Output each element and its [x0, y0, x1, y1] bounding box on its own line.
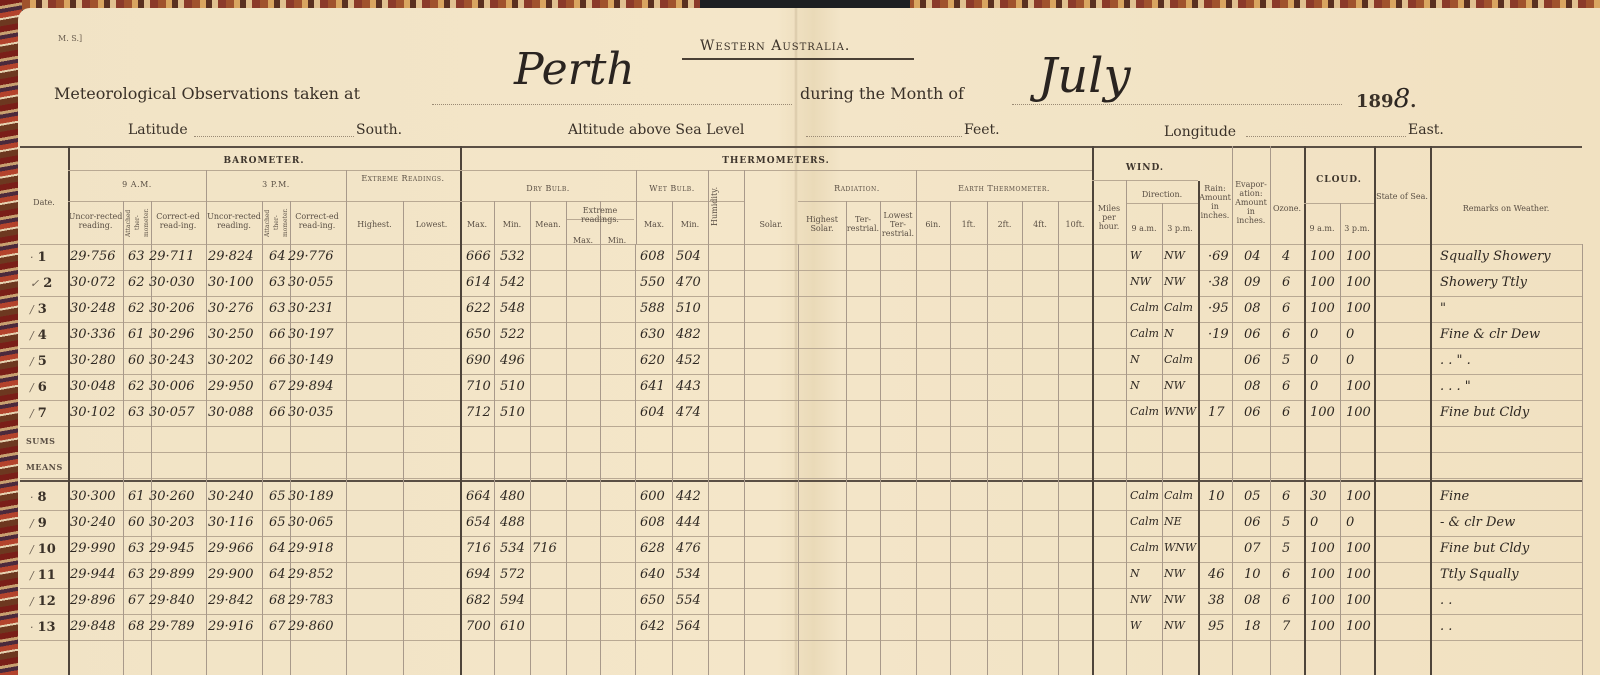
wind-9-cell: N — [1130, 379, 1140, 392]
ozone-cell: 6 — [1282, 379, 1290, 394]
dry-max-cell: 654 — [466, 515, 491, 530]
b3-cor-cell: 30·197 — [288, 327, 334, 342]
evap-cell: 08 — [1244, 379, 1261, 394]
evap-cell: 08 — [1244, 301, 1261, 316]
earth-depth-header: 6in. — [916, 220, 950, 229]
wet-max-cell: 630 — [640, 327, 665, 342]
radiation-header: Radiation. — [798, 184, 916, 193]
wind-3-cell: NW — [1164, 593, 1185, 606]
wind-3pm-header: 3 p.m. — [1162, 224, 1198, 233]
b3-att-cell: 63 — [269, 275, 286, 290]
wind-9-cell: NW — [1130, 593, 1151, 606]
b9-unc-cell: 30·300 — [70, 489, 116, 504]
b3-att-cell: 64 — [269, 541, 286, 556]
wet-max-header: Max. — [636, 220, 672, 229]
b3-unc-cell: 29·916 — [208, 619, 254, 634]
dry-extreme-header: Extreme readings. — [566, 206, 634, 224]
wind-9-cell: Calm — [1130, 327, 1159, 340]
ledger-page: M. S.] Western Australia. Meteorological… — [18, 8, 1600, 675]
wet-min-cell: 510 — [676, 301, 701, 316]
b3-cor-cell: 29·860 — [288, 619, 334, 634]
earth-depth-header: 1ft. — [950, 220, 987, 229]
b9-cor-cell: 30·203 — [149, 515, 195, 530]
dry-min-cell: 572 — [500, 567, 525, 582]
wind-9-cell: W — [1130, 619, 1141, 632]
rain-cell: ·69 — [1208, 249, 1229, 264]
earth-depth-header: 2ft. — [987, 220, 1022, 229]
dry-min-cell: 522 — [500, 327, 525, 342]
b9-cor-cell: 30·206 — [149, 301, 195, 316]
highest-solar-header: Highest Solar. — [798, 215, 846, 233]
b9-att-cell: 62 — [128, 301, 145, 316]
b3-unc-cell: 30·250 — [208, 327, 254, 342]
wet-min-cell: 476 — [676, 541, 701, 556]
sums-label: SUMS — [26, 436, 55, 446]
b9-cor-cell: 29·789 — [149, 619, 195, 634]
wet-min-cell: 470 — [676, 275, 701, 290]
cloud-9-cell: 0 — [1310, 327, 1318, 342]
dry-max-cell: 682 — [466, 593, 491, 608]
wet-max-cell: 608 — [640, 249, 665, 264]
date-cell: /12 — [30, 594, 68, 609]
dry-min-cell: 496 — [500, 353, 525, 368]
lowest-header: Lowest. — [403, 220, 460, 229]
wind-3-cell: NE — [1164, 515, 1182, 528]
b9-att-cell: 63 — [128, 567, 145, 582]
dry-min-cell: 488 — [500, 515, 525, 530]
wind-3-cell: Calm — [1164, 301, 1193, 314]
b3-att-cell: 66 — [269, 327, 286, 342]
terrestrial-header: Ter-restrial. — [846, 215, 880, 233]
date-cell: /4 — [30, 328, 68, 343]
cloud-3-cell: 100 — [1346, 405, 1371, 420]
wind-9-cell: Calm — [1130, 405, 1159, 418]
dry-max-cell: 700 — [466, 619, 491, 634]
rain-header: Rain: Amount in inches. — [1198, 184, 1232, 220]
ozone-cell: 4 — [1282, 249, 1290, 264]
b3-unc-cell: 30·100 — [208, 275, 254, 290]
remark-cell: Showery Ttly — [1440, 275, 1527, 290]
wind-header: WIND. — [1092, 164, 1198, 173]
wind-9am-header: 9 a.m. — [1126, 224, 1162, 233]
evap-cell: 06 — [1244, 353, 1261, 368]
wet-max-cell: 641 — [640, 379, 665, 394]
cloud-9-cell: 100 — [1310, 405, 1335, 420]
remark-cell: Ttly Squally — [1440, 567, 1519, 582]
dry-max-cell: 622 — [466, 301, 491, 316]
cloud-3-cell: 100 — [1346, 619, 1371, 634]
thermometers-header: THERMOMETERS. — [460, 157, 1092, 166]
date-cell: ✓2 — [30, 276, 68, 291]
dry-max-cell: 666 — [466, 249, 491, 264]
b3-unc-cell: 29·966 — [208, 541, 254, 556]
b9-unc-cell: 30·102 — [70, 405, 116, 420]
evap-cell: 05 — [1244, 489, 1261, 504]
remark-cell: " — [1440, 301, 1446, 316]
uncorrected-reading-header: Uncor-rected reading. — [206, 212, 262, 230]
remark-cell: Fine & clr Dew — [1440, 327, 1540, 342]
remark-cell: Fine but Cldy — [1440, 541, 1529, 556]
b9-att-cell: 62 — [128, 379, 145, 394]
dry-min-cell: 548 — [500, 301, 525, 316]
wet-min-cell: 443 — [676, 379, 701, 394]
wind-3-cell: Calm — [1164, 489, 1193, 502]
cloud-3-cell: 100 — [1346, 541, 1371, 556]
highest-header: Highest. — [346, 220, 403, 229]
dry-max-cell: 690 — [466, 353, 491, 368]
ozone-cell: 5 — [1282, 515, 1290, 530]
barometer-3pm-header: 3 P.M. — [206, 180, 346, 189]
remark-cell: Squally Showery — [1440, 249, 1551, 264]
date-cell: /11 — [30, 568, 68, 583]
corrected-reading-header: Correct-ed read-ing. — [290, 212, 344, 230]
b9-unc-cell: 30·048 — [70, 379, 116, 394]
wind-3-cell: NW — [1164, 275, 1185, 288]
cloud-9-cell: 100 — [1310, 301, 1335, 316]
wind-3-cell: NW — [1164, 567, 1185, 580]
evap-cell: 18 — [1244, 619, 1261, 634]
b3-cor-cell: 30·189 — [288, 489, 334, 504]
wind-9-cell: W — [1130, 249, 1141, 262]
barometer-9am-header: 9 A.M. — [68, 180, 206, 189]
wind-3-cell: NW — [1164, 249, 1185, 262]
remark-cell: Fine but Cldy — [1440, 405, 1529, 420]
wind-3-cell: N — [1164, 327, 1174, 340]
b3-cor-cell: 30·055 — [288, 275, 334, 290]
dry-max-cell: 716 — [466, 541, 491, 556]
wind-3-cell: Calm — [1164, 353, 1193, 366]
b9-cor-cell: 30·260 — [149, 489, 195, 504]
wet-min-cell: 554 — [676, 593, 701, 608]
rain-cell: 17 — [1208, 405, 1225, 420]
state-of-sea-header: State of Sea. — [1374, 192, 1430, 201]
cloud-3-cell: 100 — [1346, 249, 1371, 264]
dry-min-cell: 542 — [500, 275, 525, 290]
b3-unc-cell: 30·276 — [208, 301, 254, 316]
date-cell: ·8 — [30, 490, 68, 505]
evap-cell: 08 — [1244, 593, 1261, 608]
wet-min-cell: 482 — [676, 327, 701, 342]
evap-cell: 09 — [1244, 275, 1261, 290]
dry-min-cell: 594 — [500, 593, 525, 608]
evap-cell: 06 — [1244, 515, 1261, 530]
ozone-cell: 6 — [1282, 489, 1290, 504]
date-cell: ·1 — [30, 250, 68, 265]
b3-cor-cell: 29·918 — [288, 541, 334, 556]
b3-unc-cell: 30·202 — [208, 353, 254, 368]
b3-att-cell: 66 — [269, 405, 286, 420]
b9-att-cell: 62 — [128, 275, 145, 290]
b9-att-cell: 68 — [128, 619, 145, 634]
b3-att-cell: 64 — [269, 249, 286, 264]
dry-min-cell: 532 — [500, 249, 525, 264]
wind-3-cell: NW — [1164, 379, 1185, 392]
wet-min-cell: 564 — [676, 619, 701, 634]
cloud-3-cell: 100 — [1346, 567, 1371, 582]
b3-att-cell: 64 — [269, 567, 286, 582]
b9-cor-cell: 30·030 — [149, 275, 195, 290]
remarks-header: Remarks on Weather. — [1430, 204, 1582, 213]
cloud-3-cell: 100 — [1346, 593, 1371, 608]
attached-thermometer-header: Attached ther-mometer. — [124, 205, 150, 241]
ozone-cell: 6 — [1282, 301, 1290, 316]
b3-cor-cell: 30·149 — [288, 353, 334, 368]
cloud-3pm-header: 3 p.m. — [1340, 224, 1374, 233]
b9-cor-cell: 30·243 — [149, 353, 195, 368]
remark-cell: . . " . — [1440, 353, 1471, 368]
ozone-cell: 5 — [1282, 353, 1290, 368]
b9-att-cell: 61 — [128, 489, 145, 504]
ozone-header: Ozone. — [1270, 204, 1304, 213]
cloud-header: CLOUD. — [1304, 176, 1374, 185]
b9-unc-cell: 29·944 — [70, 567, 116, 582]
b9-unc-cell: 29·756 — [70, 249, 116, 264]
earth-thermometer-header: Earth Thermometer. — [916, 184, 1092, 193]
date-cell: /9 — [30, 516, 68, 531]
dry-min-cell: 510 — [500, 379, 525, 394]
rain-cell: 46 — [1208, 567, 1225, 582]
b9-unc-cell: 30·072 — [70, 275, 116, 290]
solar-header: Solar. — [744, 220, 798, 229]
humidity-header: Humidity. — [710, 178, 744, 234]
cloud-9-cell: 0 — [1310, 379, 1318, 394]
ozone-cell: 6 — [1282, 327, 1290, 342]
b3-unc-cell: 29·950 — [208, 379, 254, 394]
dry-max-cell: 712 — [466, 405, 491, 420]
cloud-9-cell: 100 — [1310, 275, 1335, 290]
wind-9-cell: Calm — [1130, 541, 1159, 554]
cloud-9-cell: 100 — [1310, 541, 1335, 556]
b3-unc-cell: 30·240 — [208, 489, 254, 504]
corrected-reading-header: Correct-ed read-ing. — [151, 212, 205, 230]
evap-cell: 04 — [1244, 249, 1261, 264]
observation-table: Date.BAROMETER.9 A.M.3 P.M.Extreme Readi… — [18, 8, 1600, 675]
b9-att-cell: 61 — [128, 327, 145, 342]
date-cell: /10 — [30, 542, 68, 557]
remark-cell: . . — [1440, 593, 1452, 608]
wet-max-cell: 642 — [640, 619, 665, 634]
dry-max-cell: 694 — [466, 567, 491, 582]
wind-3-cell: WNW — [1164, 405, 1196, 418]
b9-unc-cell: 29·896 — [70, 593, 116, 608]
date-cell: ·13 — [30, 620, 68, 635]
b3-unc-cell: 30·088 — [208, 405, 254, 420]
cloud-9-cell: 100 — [1310, 567, 1335, 582]
b9-cor-cell: 29·899 — [149, 567, 195, 582]
wet-bulb-header: Wet Bulb. — [636, 184, 708, 193]
ozone-cell: 6 — [1282, 567, 1290, 582]
rain-cell: 10 — [1208, 489, 1225, 504]
wet-min-cell: 442 — [676, 489, 701, 504]
b3-cor-cell: 30·035 — [288, 405, 334, 420]
evap-cell: 06 — [1244, 327, 1261, 342]
b3-unc-cell: 30·116 — [208, 515, 254, 530]
wet-max-cell: 640 — [640, 567, 665, 582]
wet-max-cell: 620 — [640, 353, 665, 368]
date-header: Date. — [20, 198, 68, 207]
b9-att-cell: 63 — [128, 541, 145, 556]
wind-3-cell: WNW — [1164, 541, 1196, 554]
wind-direction-header: Direction. — [1126, 190, 1198, 199]
wet-min-cell: 504 — [676, 249, 701, 264]
wet-max-cell: 650 — [640, 593, 665, 608]
rain-cell: 95 — [1208, 619, 1225, 634]
evaporation-header: Evapor-ation: Amount in inches. — [1232, 180, 1270, 225]
ozone-cell: 5 — [1282, 541, 1290, 556]
cloud-9am-header: 9 a.m. — [1304, 224, 1340, 233]
b3-cor-cell: 30·231 — [288, 301, 334, 316]
b9-att-cell: 60 — [128, 515, 145, 530]
dry-mean-cell: 716 — [532, 541, 557, 556]
cloud-3-cell: 100 — [1346, 489, 1371, 504]
rain-cell: 38 — [1208, 593, 1225, 608]
wet-max-cell: 608 — [640, 515, 665, 530]
cloud-3-cell: 100 — [1346, 301, 1371, 316]
wet-min-cell: 474 — [676, 405, 701, 420]
remark-cell: - & clr Dew — [1440, 515, 1515, 530]
b3-cor-cell: 29·852 — [288, 567, 334, 582]
dry-min-cell: 480 — [500, 489, 525, 504]
dry-mean-header: Mean. — [530, 220, 566, 229]
cloud-3-cell: 0 — [1346, 353, 1354, 368]
wind-9-cell: Calm — [1130, 515, 1159, 528]
b3-unc-cell: 29·842 — [208, 593, 254, 608]
barometer-extreme-header: Extreme Readings. — [346, 174, 460, 183]
cloud-9-cell: 30 — [1310, 489, 1327, 504]
dry-min-cell: 510 — [500, 405, 525, 420]
dry-bulb-header: Dry Bulb. — [460, 184, 636, 193]
earth-depth-header: 10ft. — [1058, 220, 1092, 229]
b9-cor-cell: 29·945 — [149, 541, 195, 556]
wind-9-cell: N — [1130, 353, 1140, 366]
wet-max-cell: 628 — [640, 541, 665, 556]
wind-9-cell: N — [1130, 567, 1140, 580]
dry-extreme-min-header: Min. — [600, 236, 634, 245]
b9-unc-cell: 30·280 — [70, 353, 116, 368]
barometer-header: BAROMETER. — [68, 157, 460, 166]
wet-max-cell: 550 — [640, 275, 665, 290]
b3-att-cell: 68 — [269, 593, 286, 608]
attached-thermometer-header: Attached ther-mometer. — [263, 205, 289, 241]
remark-cell: Fine — [1440, 489, 1469, 504]
wet-min-cell: 534 — [676, 567, 701, 582]
cloud-3-cell: 0 — [1346, 515, 1354, 530]
cloud-9-cell: 100 — [1310, 619, 1335, 634]
cloud-9-cell: 0 — [1310, 515, 1318, 530]
b9-cor-cell: 29·711 — [149, 249, 195, 264]
b9-unc-cell: 30·248 — [70, 301, 116, 316]
cloud-9-cell: 100 — [1310, 593, 1335, 608]
remark-cell: . . — [1440, 619, 1452, 634]
b3-att-cell: 67 — [269, 619, 286, 634]
date-cell: /6 — [30, 380, 68, 395]
b3-cor-cell: 29·776 — [288, 249, 334, 264]
ozone-cell: 6 — [1282, 405, 1290, 420]
dry-max-cell: 650 — [466, 327, 491, 342]
wet-max-cell: 604 — [640, 405, 665, 420]
dry-min-header: Min. — [494, 220, 530, 229]
dry-min-cell: 534 — [500, 541, 525, 556]
dry-max-cell: 614 — [466, 275, 491, 290]
means-label: MEANS — [26, 462, 63, 472]
b9-unc-cell: 29·848 — [70, 619, 116, 634]
rain-cell: ·95 — [1208, 301, 1229, 316]
miles-per-hour-header: Miles per hour. — [1092, 204, 1126, 231]
cloud-3-cell: 100 — [1346, 379, 1371, 394]
ozone-cell: 7 — [1282, 619, 1290, 634]
wind-9-cell: Calm — [1130, 301, 1159, 314]
b3-att-cell: 67 — [269, 379, 286, 394]
date-cell: /7 — [30, 406, 68, 421]
cloud-3-cell: 100 — [1346, 275, 1371, 290]
wind-3-cell: NW — [1164, 619, 1185, 632]
dry-max-cell: 710 — [466, 379, 491, 394]
b9-cor-cell: 30·057 — [149, 405, 195, 420]
b3-att-cell: 66 — [269, 353, 286, 368]
wet-max-cell: 588 — [640, 301, 665, 316]
b9-unc-cell: 30·240 — [70, 515, 116, 530]
b9-att-cell: 60 — [128, 353, 145, 368]
date-cell: /3 — [30, 302, 68, 317]
b9-att-cell: 63 — [128, 405, 145, 420]
b3-att-cell: 65 — [269, 515, 286, 530]
wet-min-cell: 452 — [676, 353, 701, 368]
evap-cell: 06 — [1244, 405, 1261, 420]
b9-att-cell: 63 — [128, 249, 145, 264]
wet-min-header: Min. — [672, 220, 708, 229]
dry-extreme-max-header: Max. — [566, 236, 600, 245]
wind-9-cell: NW — [1130, 275, 1151, 288]
b9-cor-cell: 29·840 — [149, 593, 195, 608]
earth-depth-header: 4ft. — [1022, 220, 1058, 229]
b9-cor-cell: 30·296 — [149, 327, 195, 342]
b9-cor-cell: 30·006 — [149, 379, 195, 394]
b3-att-cell: 63 — [269, 301, 286, 316]
b9-att-cell: 67 — [128, 593, 145, 608]
uncorrected-reading-header: Uncor-rected reading. — [68, 212, 123, 230]
evap-cell: 10 — [1244, 567, 1261, 582]
dry-min-cell: 610 — [500, 619, 525, 634]
lowest-terrestrial-header: Lowest Ter-restrial. — [880, 211, 916, 238]
b3-cor-cell: 30·065 — [288, 515, 334, 530]
b3-unc-cell: 29·824 — [208, 249, 254, 264]
wet-min-cell: 444 — [676, 515, 701, 530]
cloud-3-cell: 0 — [1346, 327, 1354, 342]
cloud-9-cell: 0 — [1310, 353, 1318, 368]
dry-max-cell: 664 — [466, 489, 491, 504]
wet-max-cell: 600 — [640, 489, 665, 504]
wind-9-cell: Calm — [1130, 489, 1159, 502]
rain-cell: ·38 — [1208, 275, 1229, 290]
b9-unc-cell: 29·990 — [70, 541, 116, 556]
b3-unc-cell: 29·900 — [208, 567, 254, 582]
dry-max-header: Max. — [460, 220, 494, 229]
b3-att-cell: 65 — [269, 489, 286, 504]
rain-cell: ·19 — [1208, 327, 1229, 342]
b3-cor-cell: 29·783 — [288, 593, 334, 608]
cloud-9-cell: 100 — [1310, 249, 1335, 264]
b9-unc-cell: 30·336 — [70, 327, 116, 342]
ozone-cell: 6 — [1282, 593, 1290, 608]
ozone-cell: 6 — [1282, 275, 1290, 290]
remark-cell: . . . " — [1440, 379, 1471, 394]
b3-cor-cell: 29·894 — [288, 379, 334, 394]
evap-cell: 07 — [1244, 541, 1261, 556]
date-cell: /5 — [30, 354, 68, 369]
